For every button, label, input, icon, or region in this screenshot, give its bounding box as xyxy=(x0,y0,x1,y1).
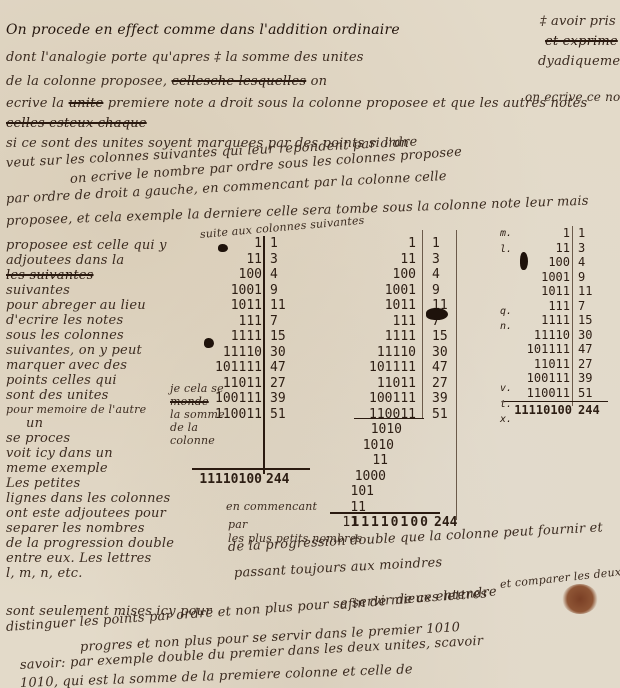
left-line: ont este adjoutees pour xyxy=(6,506,176,521)
text-fragment: de la colonne proposee, xyxy=(6,74,172,89)
decimal-value: 51 xyxy=(270,407,300,423)
addition-2-sum-binary: 11110100 xyxy=(336,515,430,531)
decimal-value: 4 xyxy=(270,267,300,283)
binary-value: 110011 xyxy=(352,407,416,423)
decimal-value: 1 xyxy=(432,236,456,252)
binary-value: 1001 xyxy=(212,283,262,299)
decimal-value: 39 xyxy=(578,371,602,386)
label-line: colonne xyxy=(170,434,225,447)
left-line: suivantes, on y peut xyxy=(6,343,176,358)
addition-1-sum-decimal: 244 xyxy=(266,472,289,488)
left-line: de la progression double xyxy=(6,536,176,551)
addition-2-divider-left xyxy=(422,230,423,418)
addition-2-sum-line xyxy=(330,512,440,514)
ink-blot xyxy=(204,338,214,348)
binary-value: 111 xyxy=(514,299,570,314)
lower-text-2: passant toujours aux moindres xyxy=(234,555,443,581)
manuscript-page: On procede en effect comme dans l'additi… xyxy=(0,0,620,688)
ink-blot xyxy=(218,244,228,252)
struck-text: celles esteux chaque xyxy=(6,116,147,131)
decimal-value: 27 xyxy=(270,376,300,392)
binary-value: 11110 xyxy=(212,345,262,361)
binary-value: 111 xyxy=(352,314,416,330)
binary-value: 100111 xyxy=(212,391,262,407)
margin-note-line-3: dyadiquement xyxy=(538,54,620,69)
decimal-value: 11 xyxy=(270,298,300,314)
addition-3-divider xyxy=(572,226,573,406)
text-line-5: celles esteux chaque xyxy=(6,116,147,131)
binary-value: 110011 xyxy=(212,407,262,423)
decimal-value: 9 xyxy=(578,270,602,285)
left-line: marquer avec des xyxy=(6,358,176,373)
addition-3-sum-decimal: 244 xyxy=(578,403,600,419)
decimal-value: 15 xyxy=(270,329,300,345)
left-line: proposee est celle qui y xyxy=(6,238,176,253)
decimal-value: 4 xyxy=(432,267,456,283)
label-line: de la xyxy=(170,421,225,434)
decimal-value: 39 xyxy=(270,391,300,407)
decimal-value: 1 xyxy=(270,236,300,252)
binary-value: 101111 xyxy=(212,360,262,376)
decimal-value: 30 xyxy=(578,328,602,343)
struck-text: les suivantes xyxy=(6,268,94,283)
left-line: les suivantes xyxy=(6,268,176,283)
binary-value: 1001 xyxy=(514,270,570,285)
addition-1-note-2: par xyxy=(228,518,247,531)
text-line-3: de la colonne proposee, cellesche lesque… xyxy=(6,74,327,89)
ink-blot xyxy=(520,252,528,270)
left-line: entre eux. Les lettres xyxy=(6,551,176,566)
binary-value: 100 xyxy=(352,267,416,283)
binary-value: 11 xyxy=(212,252,262,268)
decimal-value: 15 xyxy=(578,313,602,328)
addition-3-sum-line xyxy=(504,401,608,402)
lower-text-3: et comparer les deux xyxy=(499,565,620,591)
left-line: se proces xyxy=(6,431,176,446)
struck-text: unite xyxy=(69,96,104,111)
decimal-value: 7 xyxy=(270,314,300,330)
addition-3-decimal-column: 1 3 4 9 11 7 15 30 47 27 39 51 xyxy=(578,226,602,400)
decimal-value: 9 xyxy=(270,283,300,299)
addition-2-subtotal-line xyxy=(354,418,424,419)
left-line: adjoutees dans la xyxy=(6,253,176,268)
decimal-value: 27 xyxy=(578,357,602,372)
binary-value: 11110 xyxy=(514,328,570,343)
binary-value: 1011 xyxy=(514,284,570,299)
binary-value: 111 xyxy=(212,314,262,330)
margin-note-line-1: ‡ avoir pris xyxy=(540,14,616,29)
left-column-text: proposee est celle qui y adjoutees dans … xyxy=(6,238,176,581)
decimal-value: 3 xyxy=(270,252,300,268)
binary-value: 11011 xyxy=(212,376,262,392)
binary-value: 101111 xyxy=(352,360,416,376)
decimal-value: 9 xyxy=(432,283,456,299)
decimal-value: 47 xyxy=(432,360,456,376)
decimal-value: 39 xyxy=(432,391,456,407)
text-fragment: ecrive la xyxy=(6,96,69,111)
paper-stain xyxy=(562,584,598,614)
binary-value: 110011 xyxy=(514,386,570,401)
binary-value: 1111 xyxy=(212,329,262,345)
left-line: sous les colonnes xyxy=(6,328,176,343)
addition-1-divider xyxy=(263,236,265,474)
left-line: sont des unites xyxy=(6,388,176,403)
margin-note-line-2: et exprime xyxy=(545,34,618,49)
decimal-value: 47 xyxy=(578,342,602,357)
left-line: lignes dans les colonnes xyxy=(6,491,176,506)
binary-value: 11110 xyxy=(352,345,416,361)
left-line: Les petites xyxy=(6,476,176,491)
decimal-value: 47 xyxy=(270,360,300,376)
left-line: voit icy dans un xyxy=(6,446,176,461)
decimal-value: 1 xyxy=(578,226,602,241)
addition-2-divider-right xyxy=(456,230,457,520)
decimal-value: 4 xyxy=(578,255,602,270)
left-line: l, m, n, etc. xyxy=(6,566,176,581)
ink-blot xyxy=(426,308,448,320)
decimal-value: 27 xyxy=(432,376,456,392)
binary-value: 1 xyxy=(352,236,416,252)
decimal-value: 3 xyxy=(578,241,602,256)
binary-value: 1011 xyxy=(212,298,262,314)
addition-1-binary-column: 1 11 100 1001 1011 111 1111 11110 101111… xyxy=(212,236,262,422)
carry-value: 1000 xyxy=(330,469,402,485)
text-line-4: ecrive la unite premiere note a droit so… xyxy=(6,96,587,111)
binary-value: 100111 xyxy=(352,391,416,407)
left-line: separer les nombres xyxy=(6,521,176,536)
decimal-value: 7 xyxy=(578,299,602,314)
binary-value: 1011 xyxy=(352,298,416,314)
left-line: pour abreger au lieu xyxy=(6,298,176,313)
decimal-value: 15 xyxy=(432,329,456,345)
decimal-value: 51 xyxy=(432,407,456,423)
addition-1-note-1: en commencant xyxy=(226,500,317,513)
text-fragment: on xyxy=(311,74,328,89)
left-line: pour memoire de l'autre xyxy=(6,403,176,416)
left-line: meme exemple xyxy=(6,461,176,476)
decimal-value: 30 xyxy=(432,345,456,361)
margin-note-line-4: on ecrive ce nombre xyxy=(525,90,620,104)
binary-value: 11011 xyxy=(514,357,570,372)
carry-value: 11 xyxy=(330,453,402,469)
addition-3-sum-binary: 11110100 xyxy=(502,403,572,419)
carry-value: 1010 xyxy=(330,422,402,438)
carry-value: 1010 xyxy=(330,438,402,454)
addition-1-sum-line xyxy=(192,468,310,470)
decimal-value: 51 xyxy=(578,386,602,401)
text-fragment: premiere note a droit sous la colonne pr… xyxy=(108,96,588,111)
left-line: d'ecrire les notes xyxy=(6,313,176,328)
text-line-2: dont l'analogie porte qu'apres ‡ la somm… xyxy=(6,50,364,65)
binary-value: 1111 xyxy=(514,313,570,328)
binary-value: 1 xyxy=(514,226,570,241)
binary-value: 101111 xyxy=(514,342,570,357)
decimal-value: 11 xyxy=(578,284,602,299)
binary-value: 11011 xyxy=(352,376,416,392)
binary-value: 100 xyxy=(212,267,262,283)
decimal-value: 30 xyxy=(270,345,300,361)
addition-2-decimal-column: 1 3 4 9 11 7 15 30 47 27 39 51 xyxy=(432,236,456,422)
struck-text: cellesche lesquelles xyxy=(172,74,307,89)
binary-value: 1001 xyxy=(352,283,416,299)
addition-1-sum-binary: 11110100 xyxy=(196,472,262,488)
decimal-value: 3 xyxy=(432,252,456,268)
carry-value: 101 xyxy=(330,484,402,500)
left-line: suivantes xyxy=(6,283,176,298)
binary-value: 100111 xyxy=(514,371,570,386)
binary-value: 1111 xyxy=(352,329,416,345)
addition-1-decimal-column: 1 3 4 9 11 7 15 30 47 27 39 51 xyxy=(270,236,300,422)
left-line: un xyxy=(6,416,176,431)
text-line-1: On procede en effect comme dans l'additi… xyxy=(6,22,400,38)
addition-2-binary-column: 1 11 100 1001 1011 111 1111 11110 101111… xyxy=(352,236,416,422)
binary-value: 11 xyxy=(352,252,416,268)
left-line: points celles qui xyxy=(6,373,176,388)
